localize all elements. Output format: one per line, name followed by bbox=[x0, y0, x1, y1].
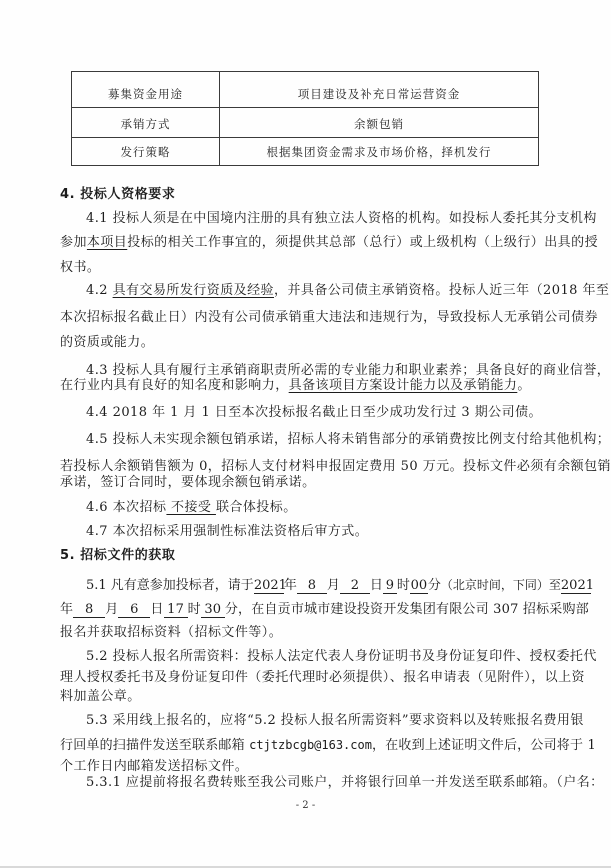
text: 投标的相关工作事宜的，须提供其总部（总行）或上级机构（上级行）出具的授 bbox=[127, 235, 598, 250]
text: 5.1 凡有意参加投标者，请于 bbox=[86, 578, 254, 593]
text: ，并具备公司债主承销资格。投标人近三年（2018 年至 bbox=[274, 283, 609, 298]
para-4-2-line1: 4.2 具有交易所发行资质及经验，并具备公司债主承销资格。投标人近三年（2018… bbox=[86, 283, 554, 299]
document-page: 募集资金用途 项目建设及补充日常运营资金 承销方式 余额包销 发行策略 根据集团… bbox=[0, 0, 611, 866]
start-day: 2 bbox=[340, 579, 370, 594]
unit: 时 bbox=[397, 578, 410, 593]
para-5-3-1: 5.3.1 应提前将报名费转账至我公司账户，并将银行回单一并发送至联系邮箱。（户… bbox=[86, 775, 554, 791]
underlined-text: 具有交易所发行资质及经验 bbox=[113, 283, 274, 298]
end-day: 6 bbox=[118, 603, 150, 618]
text: 联合体投标。 bbox=[216, 500, 297, 515]
bond-info-table: 募集资金用途 项目建设及补充日常运营资金 承销方式 余额包销 发行策略 根据集团… bbox=[71, 71, 539, 166]
start-minute: 00 bbox=[410, 579, 428, 594]
para-5-1-line3: 报名并获取招标资料（招标文件等）。 bbox=[60, 625, 554, 641]
table-row: 承销方式 余额包销 bbox=[72, 108, 539, 138]
para-4-4: 4.4 2018 年 1 月 1 日至本次投标报名截止日至少成功发行过 3 期公… bbox=[86, 405, 554, 421]
unit: 年 bbox=[60, 602, 73, 617]
text: ，在自贡市城市建设投资开发集团有限公司 307 招标采购部 bbox=[238, 602, 589, 617]
para-4-6: 4.6 本次招标 不接受 联合体投标。 bbox=[86, 500, 554, 516]
row-value: 项目建设及补充日常运营资金 bbox=[220, 72, 539, 108]
para-4-1-line1: 4.1 投标人须是在中国境内注册的具有独立法人资格的机构。如投标人委托其分支机构 bbox=[86, 211, 554, 227]
unit: 分 bbox=[428, 578, 441, 593]
row-label: 募集资金用途 bbox=[72, 72, 220, 108]
start-hour: 9 bbox=[383, 579, 397, 594]
para-4-5-line3: 承诺，签订合同时，要体现余额包销承诺。 bbox=[60, 475, 554, 491]
para-4-7: 4.7 本次招标采用强制性标准法资格后审方式。 bbox=[86, 524, 554, 540]
para-4-5-line2: 若投标人余额销售额为 0，招标人支付材料申报固定费用 50 万元。投标文件必须有… bbox=[60, 459, 554, 475]
section-5-heading: 5. 招标文件的获取 bbox=[60, 548, 554, 564]
para-5-2-line2: 理人授权委托书及身份证复印件（委托代理时必须提供）、报名申请表（见附件），以上资 bbox=[60, 670, 554, 686]
para-5-2-line3: 料加盖公章。 bbox=[60, 689, 554, 705]
text: 4.2 bbox=[86, 283, 113, 298]
para-4-3-line1: 4.3 投标人具有履行主承销商职责所必需的专业能力和职业素养；具备良好的商业信誉… bbox=[86, 363, 554, 379]
row-label: 承销方式 bbox=[72, 108, 220, 138]
para-4-2-line3: 的资质或能力。 bbox=[60, 335, 554, 351]
underlined-text: 具备该项目方案设计能力以及承销能力 bbox=[289, 378, 518, 393]
para-5-3-line2: 行回单的扫描件发送至联系邮箱 ctjtzbcgb@163.com，在收到上述证明… bbox=[60, 737, 554, 753]
unit: 月 bbox=[327, 578, 340, 593]
end-year: 2021 bbox=[561, 579, 591, 594]
section-4-heading: 4. 投标人资格要求 bbox=[60, 187, 554, 203]
para-4-2-line2: 本次招标报名截止日）内没有公司债承销重大违法和违规行为，导致投标人无承销公司债券 bbox=[60, 310, 554, 326]
text: 在行业内具有良好的知名度和影响力， bbox=[60, 378, 289, 393]
row-value: 根据集团资金需求及市场价格，择机发行 bbox=[220, 138, 539, 166]
text: 参加 bbox=[60, 235, 87, 250]
text: （北京时间，下同）至 bbox=[441, 578, 561, 592]
start-year: 2021 bbox=[254, 579, 284, 594]
text: 4.6 本次招标 bbox=[86, 500, 166, 515]
para-5-3-line3: 个工作日内邮箱发送招标文件。 bbox=[60, 759, 554, 775]
underlined-text: 本项目 bbox=[87, 235, 127, 250]
unit: 月 bbox=[105, 602, 118, 617]
unit: 时 bbox=[188, 602, 201, 617]
text: 行回单的扫描件发送至联系邮箱 bbox=[60, 738, 249, 753]
row-label: 发行策略 bbox=[72, 138, 220, 166]
row-value: 余额包销 bbox=[220, 108, 539, 138]
unit: 日 bbox=[150, 602, 163, 617]
contact-email[interactable]: ctjtzbcgb@163.com bbox=[249, 738, 372, 752]
underlined-text: 不接受 bbox=[166, 500, 216, 515]
unit: 年 bbox=[284, 578, 297, 593]
text: ，在收到上述证明文件后，公司将于 1 bbox=[372, 738, 596, 753]
table-row: 募集资金用途 项目建设及补充日常运营资金 bbox=[72, 72, 539, 108]
unit: 日 bbox=[370, 578, 383, 593]
page-number: - 2 - bbox=[0, 800, 611, 811]
para-4-1-line2: 参加本项目投标的相关工作事宜的，须提供其总部（总行）或上级机构（上级行）出具的授 bbox=[60, 235, 554, 251]
para-5-1-line1: 5.1 凡有意参加投标者，请于2021年8月2日9时00分（北京时间，下同）至2… bbox=[86, 577, 554, 593]
para-5-1-line2: 年8月6日17时30分，在自贡市城市建设投资开发集团有限公司 307 招标采购部 bbox=[60, 602, 554, 618]
para-5-2-line1: 5.2 投标人报名所需资料：投标人法定代表人身份证明书及身份证复印件、授权委托代 bbox=[86, 649, 554, 665]
end-month: 8 bbox=[73, 603, 105, 618]
para-4-1-line3: 权书。 bbox=[60, 260, 554, 276]
end-hour: 17 bbox=[164, 603, 188, 618]
para-4-5-line1: 4.5 投标人未实现余额包销承诺，招标人将未销售部分的承销费按比例支付给其他机构… bbox=[86, 432, 554, 448]
table-row: 发行策略 根据集团资金需求及市场价格，择机发行 bbox=[72, 138, 539, 166]
para-5-3-line1: 5.3 采用线上报名的，应将“5.2 投标人报名所需资料”要求资料以及转账报名费… bbox=[86, 713, 554, 729]
text: 。 bbox=[517, 378, 530, 393]
unit: 分 bbox=[225, 602, 238, 617]
end-minute: 30 bbox=[201, 603, 225, 618]
start-month: 8 bbox=[297, 579, 327, 594]
para-4-3-line2: 在行业内具有良好的知名度和影响力，具备该项目方案设计能力以及承销能力。 bbox=[60, 378, 554, 394]
